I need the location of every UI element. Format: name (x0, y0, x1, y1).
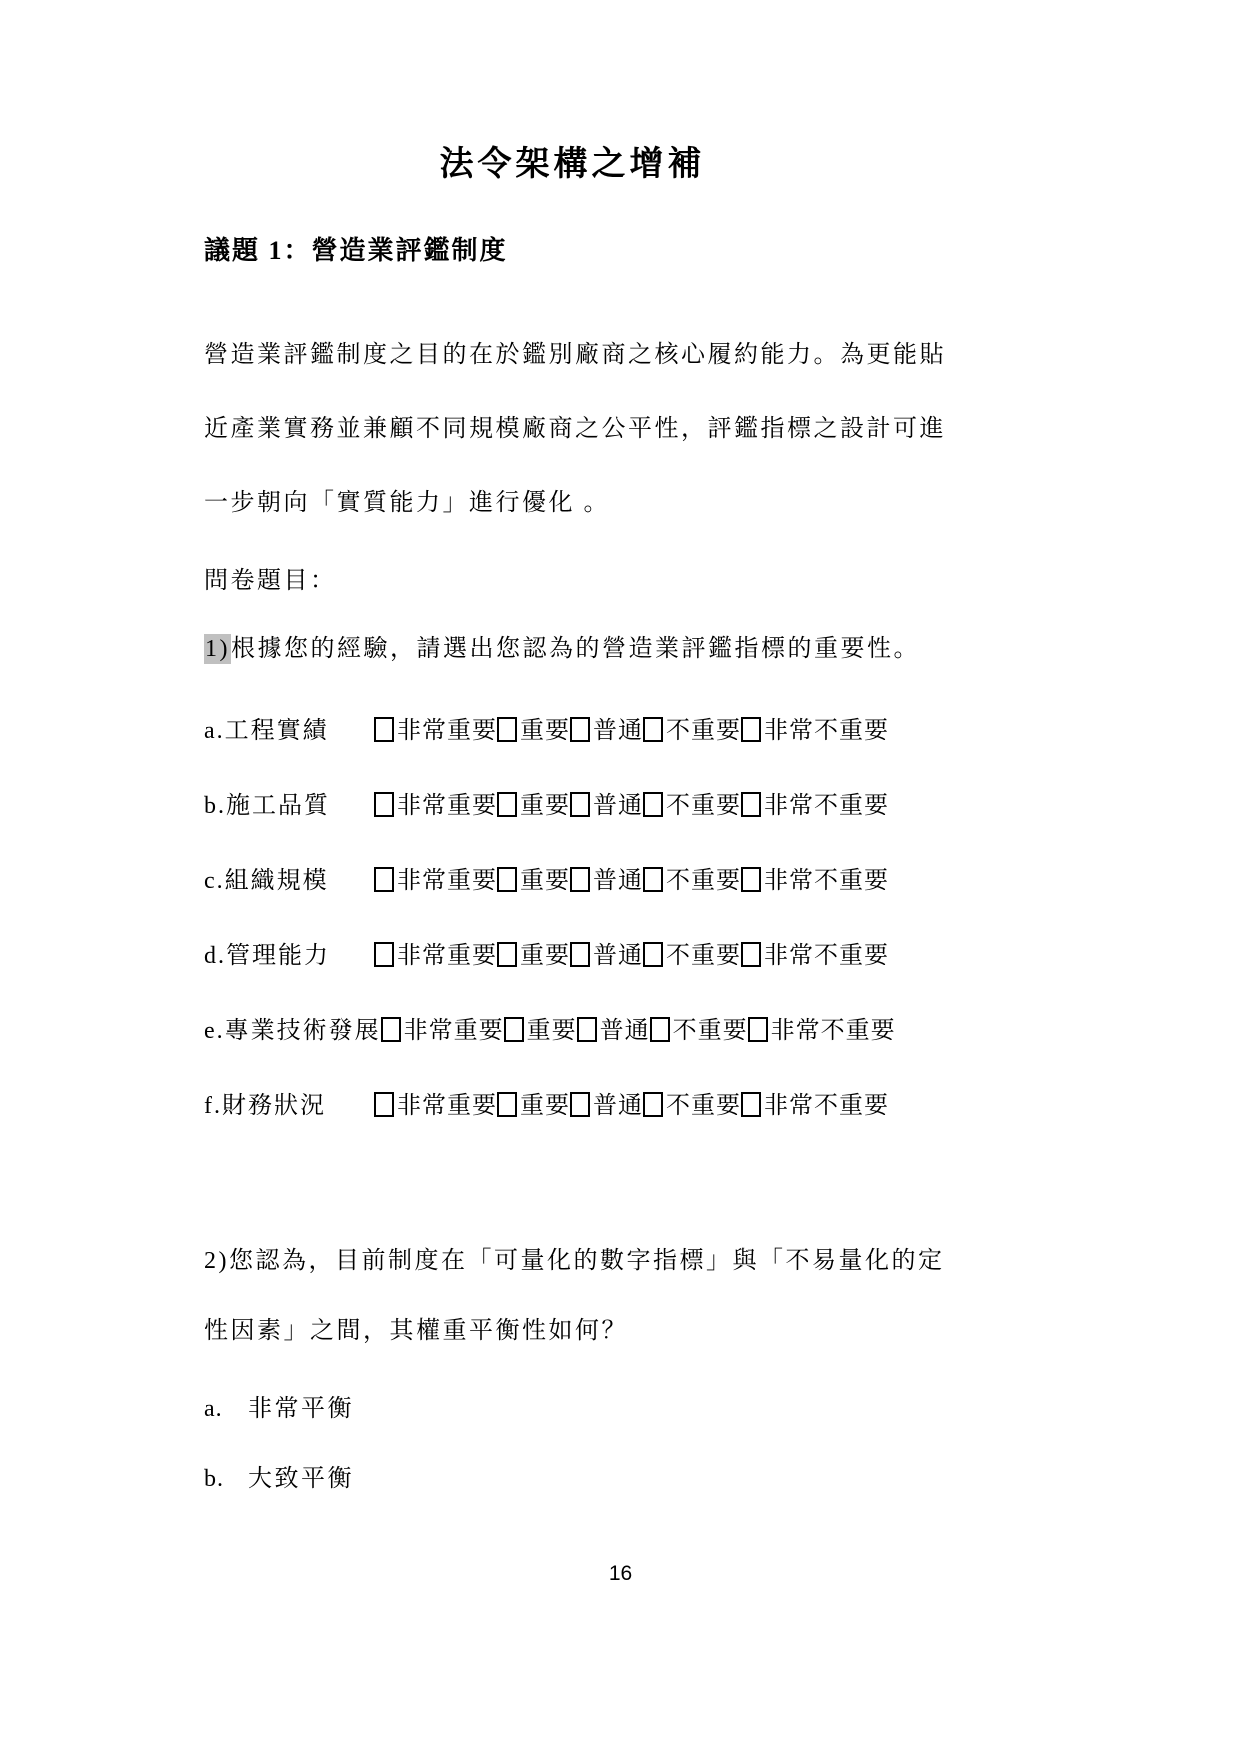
checkbox[interactable] (497, 717, 517, 742)
criterion-label: e.專業技術發展 (204, 1010, 381, 1045)
option-label: 普通 (593, 943, 643, 969)
checkbox[interactable] (741, 717, 761, 742)
rating-option: 普通 (570, 793, 643, 819)
option-label: 重要 (520, 718, 570, 744)
rating-option: 重要 (497, 943, 570, 969)
checkbox[interactable] (374, 942, 394, 967)
option-label: 非常重要 (397, 793, 497, 819)
checkbox[interactable] (374, 717, 394, 742)
checkbox[interactable] (643, 717, 663, 742)
checkbox[interactable] (374, 867, 394, 892)
option-label: 重要 (520, 868, 570, 894)
document-page: 法令架構之增補 議題 1：營造業評鑑制度 營造業評鑑制度之目的在於鑑別廠商之核心… (0, 0, 1241, 1755)
option-label: 重要 (520, 793, 570, 819)
checkbox[interactable] (504, 1017, 524, 1042)
rating-row-d: d.管理能力非常重要重要普通不重要非常不重要 (204, 935, 941, 970)
rating-option: 非常重要 (381, 1018, 504, 1044)
checkbox[interactable] (643, 942, 663, 967)
option-label: 非常重要 (397, 868, 497, 894)
option-label: 非常重要 (397, 1093, 497, 1119)
intro-line-3: 一步朝向「實質能力」進行優化 。 (204, 482, 610, 517)
option-label: 普通 (593, 1093, 643, 1119)
rating-scale: 非常重要重要普通不重要非常不重要 (374, 868, 889, 894)
rating-option: 普通 (570, 1093, 643, 1119)
rating-scale: 非常重要重要普通不重要非常不重要 (374, 718, 889, 744)
option-letter: b. (204, 1466, 248, 1493)
rating-row-c: c.組織規模非常重要重要普通不重要非常不重要 (204, 860, 941, 895)
criterion-label: f.財務狀況 (204, 1085, 374, 1120)
rating-option: 普通 (570, 868, 643, 894)
rating-option: 非常重要 (374, 793, 497, 819)
checkbox[interactable] (374, 1092, 394, 1117)
option-label: 非常不重要 (764, 943, 889, 969)
checkbox[interactable] (570, 1092, 590, 1117)
page-number: 16 (0, 1562, 1241, 1586)
topic-heading: 議題 1：營造業評鑑制度 (204, 230, 508, 267)
option-label: 重要 (527, 1018, 577, 1044)
checkbox[interactable] (741, 867, 761, 892)
checkbox[interactable] (741, 792, 761, 817)
option-label: 非常重要 (404, 1018, 504, 1044)
checkbox[interactable] (643, 867, 663, 892)
rating-option: 非常重要 (374, 868, 497, 894)
checkbox[interactable] (570, 717, 590, 742)
criterion-label: a.工程實績 (204, 710, 374, 745)
checkbox[interactable] (643, 792, 663, 817)
checkbox[interactable] (741, 1092, 761, 1117)
rating-scale: 非常重要重要普通不重要非常不重要 (374, 943, 889, 969)
option-label: 重要 (520, 943, 570, 969)
question2-number: 2) (204, 1248, 229, 1274)
checkbox[interactable] (643, 1092, 663, 1117)
checkbox[interactable] (381, 1017, 401, 1042)
question2-text: 您認為，目前制度在「可量化的數字指標」與「不易量化的定 (229, 1248, 945, 1274)
rating-option: 重要 (497, 1093, 570, 1119)
intro-line-1: 營造業評鑑制度之目的在於鑑別廠商之核心履約能力。為更能貼 (204, 334, 946, 369)
rating-option: 非常不重要 (741, 1093, 889, 1119)
rating-option: 不重要 (643, 1093, 741, 1119)
rating-option: 不重要 (650, 1018, 748, 1044)
option-letter: a. (204, 1396, 248, 1423)
question1-text: 根據您的經驗，請選出您認為的營造業評鑑指標的重要性。 (231, 636, 920, 662)
question2-option-b: b.大致平衡 (204, 1458, 354, 1493)
checkbox[interactable] (497, 1092, 517, 1117)
rating-option: 普通 (570, 718, 643, 744)
checkbox[interactable] (374, 792, 394, 817)
option-label: 非常不重要 (771, 1018, 896, 1044)
question2-option-a: a.非常平衡 (204, 1388, 354, 1423)
criterion-label: d.管理能力 (204, 935, 374, 970)
option-label: 重要 (520, 1093, 570, 1119)
option-label: 普通 (593, 793, 643, 819)
intro-line-2: 近產業實務並兼顧不同規模廠商之公平性，評鑑指標之設計可進 (204, 408, 946, 443)
rating-option: 非常重要 (374, 1093, 497, 1119)
checkbox[interactable] (570, 867, 590, 892)
rating-scale: 非常重要重要普通不重要非常不重要 (381, 1018, 896, 1044)
rating-row-e: e.專業技術發展非常重要重要普通不重要非常不重要 (204, 1010, 941, 1045)
question1-number-highlight: 1) (204, 634, 231, 664)
option-label: 非常不重要 (764, 868, 889, 894)
rating-option: 不重要 (643, 718, 741, 744)
rating-option: 非常不重要 (741, 718, 889, 744)
question1-text-line: 1)根據您的經驗，請選出您認為的營造業評鑑指標的重要性。 (204, 628, 920, 663)
rating-option: 不重要 (643, 868, 741, 894)
rating-option: 非常重要 (374, 943, 497, 969)
survey-label: 問卷題目： (204, 560, 337, 595)
option-label: 不重要 (666, 793, 741, 819)
rating-scale: 非常重要重要普通不重要非常不重要 (374, 1093, 889, 1119)
checkbox[interactable] (497, 867, 517, 892)
rating-option: 不重要 (643, 943, 741, 969)
option-label: 非常重要 (397, 943, 497, 969)
text-column: 法令架構之增補 議題 1：營造業評鑑制度 營造業評鑑制度之目的在於鑑別廠商之核心… (204, 0, 941, 1755)
option-label: 普通 (593, 868, 643, 894)
option-text: 大致平衡 (248, 1466, 354, 1492)
rating-option: 普通 (577, 1018, 650, 1044)
checkbox[interactable] (741, 942, 761, 967)
criterion-label: b.施工品質 (204, 785, 374, 820)
page-title: 法令架構之增補 (204, 136, 941, 185)
option-label: 非常不重要 (764, 718, 889, 744)
rating-row-f: f.財務狀況非常重要重要普通不重要非常不重要 (204, 1085, 941, 1120)
option-label: 不重要 (666, 943, 741, 969)
option-label: 非常不重要 (764, 793, 889, 819)
checkbox[interactable] (570, 942, 590, 967)
option-label: 不重要 (666, 718, 741, 744)
rating-option: 重要 (504, 1018, 577, 1044)
rating-row-a: a.工程實績非常重要重要普通不重要非常不重要 (204, 710, 941, 745)
checkbox[interactable] (497, 942, 517, 967)
option-label: 不重要 (666, 1093, 741, 1119)
criterion-label: c.組織規模 (204, 860, 374, 895)
option-label: 普通 (593, 718, 643, 744)
option-label: 不重要 (666, 868, 741, 894)
question2-text-line-1: 2)您認為，目前制度在「可量化的數字指標」與「不易量化的定 (204, 1240, 945, 1275)
rating-option: 重要 (497, 718, 570, 744)
rating-option: 普通 (570, 943, 643, 969)
checkbox[interactable] (497, 792, 517, 817)
checkbox[interactable] (748, 1017, 768, 1042)
rating-option: 重要 (497, 793, 570, 819)
option-text: 非常平衡 (248, 1396, 354, 1422)
question2-text-line-2: 性因素」之間，其權重平衡性如何？ (204, 1310, 628, 1345)
rating-option: 非常不重要 (741, 793, 889, 819)
checkbox[interactable] (577, 1017, 597, 1042)
option-label: 非常不重要 (764, 1093, 889, 1119)
rating-option: 重要 (497, 868, 570, 894)
rating-row-b: b.施工品質非常重要重要普通不重要非常不重要 (204, 785, 941, 820)
option-label: 非常重要 (397, 718, 497, 744)
checkbox[interactable] (650, 1017, 670, 1042)
rating-option: 非常重要 (374, 718, 497, 744)
rating-option: 非常不重要 (748, 1018, 896, 1044)
rating-scale: 非常重要重要普通不重要非常不重要 (374, 793, 889, 819)
option-label: 普通 (600, 1018, 650, 1044)
checkbox[interactable] (570, 792, 590, 817)
rating-option: 不重要 (643, 793, 741, 819)
rating-option: 非常不重要 (741, 868, 889, 894)
option-label: 不重要 (673, 1018, 748, 1044)
rating-option: 非常不重要 (741, 943, 889, 969)
